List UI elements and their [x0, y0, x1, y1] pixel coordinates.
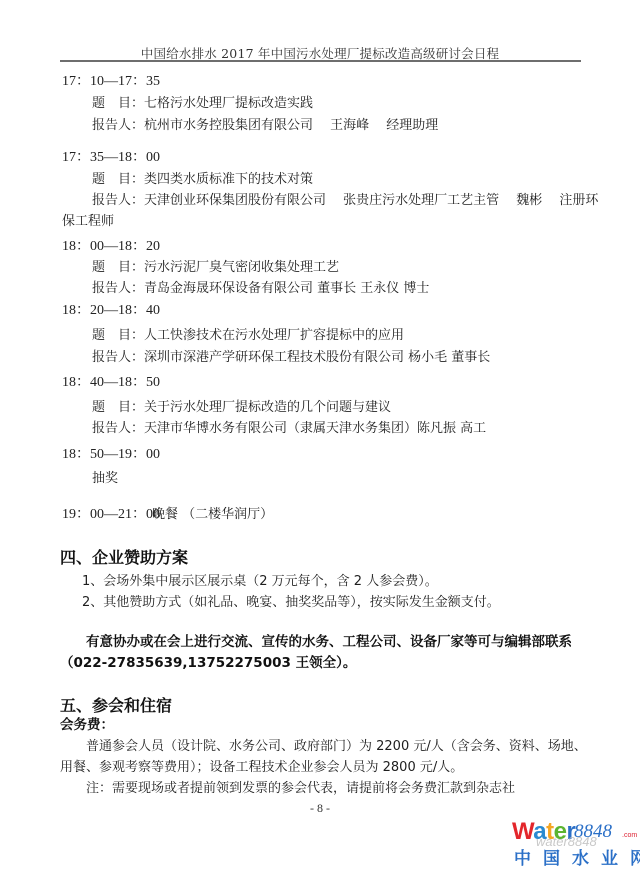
topic-label: 题 目： — [92, 328, 144, 343]
session-reporter-continued: 保工程师 — [62, 210, 114, 229]
sponsorship-item: 1、会场外集中展示区展示桌（2 万元每个，含 2 人参会费）。 — [82, 570, 438, 589]
section-heading-sponsorship: 四、企业赞助方案 — [60, 545, 188, 568]
session-time: 18：40—18：50 — [62, 371, 160, 391]
header-divider — [60, 60, 581, 62]
fee-description: 普通参会人员（设计院、水务公司、政府部门）为 2200 元/人（含会务、资料、场… — [86, 735, 587, 754]
session-reporter: 报告人：青岛金海晟环保设备有限公司 董事长 王永仪 博士 — [92, 277, 429, 296]
session-reporter: 报告人：天津创业环保集团股份有限公司 张贵庄污水处理厂工艺主管 魏彬 注册环 — [92, 189, 598, 208]
fee-note: 注：需要现场或者提前领到发票的参会代表，请提前将会务费汇款到杂志社 — [86, 777, 515, 796]
topic-label: 题 目： — [92, 400, 144, 415]
session-topic: 题 目：七格污水处理厂提标改造实践 — [92, 92, 313, 111]
fee-label: 会务费： — [60, 713, 114, 733]
session-time: 17：10—17：35 — [62, 70, 160, 90]
reporter-label: 报告人： — [92, 421, 144, 436]
session-topic: 题 目：类四类水质标准下的技术对策 — [92, 168, 313, 187]
session-time: 19：00—21：00 — [62, 503, 160, 523]
logo-domain: .com — [622, 832, 637, 839]
reporter-text: 深圳市深港产学研环保工程技术股份有限公司 杨小毛 董事长 — [144, 350, 490, 365]
session-time: 18：50—19：00 — [62, 443, 160, 463]
reporter-text: 天津市华博水务有限公司（隶属天津水务集团）陈凡振 高工 — [144, 421, 486, 436]
session-topic: 题 目：关于污水处理厂提标改造的几个问题与建议 — [92, 396, 391, 415]
reporter-label: 报告人： — [92, 281, 144, 296]
topic-label: 题 目： — [92, 260, 144, 275]
reporter-label: 报告人： — [92, 118, 144, 133]
session-reporter: 报告人：天津市华博水务有限公司（隶属天津水务集团）陈凡振 高工 — [92, 417, 486, 436]
topic-text: 类四类水质标准下的技术对策 — [144, 172, 313, 187]
session-topic: 题 目：人工快渗技术在污水处理厂扩容提标中的应用 — [92, 324, 404, 343]
topic-text: 关于污水处理厂提标改造的几个问题与建议 — [144, 400, 391, 415]
contact-paragraph: 有意协办或在会上进行交流、宣传的水务、工程公司、设备厂家等可与编辑部联系 — [86, 630, 572, 650]
fee-description-continued: 用餐、参观考察等费用）；设备工程技术企业参会人员为 2800 元/人。 — [60, 756, 463, 775]
topic-label: 题 目： — [92, 172, 144, 187]
session-reporter: 报告人：杭州市水务控股集团有限公司 王海峰 经理助理 — [92, 114, 438, 133]
reporter-text: 杭州市水务控股集团有限公司 王海峰 经理助理 — [144, 118, 438, 133]
sponsorship-item: 2、其他赞助方式（如礼品、晚宴、抽奖奖品等），按实际发生金额支付。 — [82, 591, 500, 610]
session-time: 18：00—18：20 — [62, 235, 160, 255]
logo-chinese-name: 中国水业网 — [514, 844, 640, 869]
reporter-text: 天津创业环保集团股份有限公司 张贵庄污水处理厂工艺主管 魏彬 注册环 — [144, 193, 598, 208]
topic-text: 七格污水处理厂提标改造实践 — [144, 96, 313, 111]
contact-phone-line: （022-27835639,13752275003 王领全）。 — [60, 651, 356, 671]
session-activity: 晚餐 （二楼华润厅） — [152, 503, 273, 522]
session-topic: 题 目：污水污泥厂臭气密闭收集处理工艺 — [92, 256, 339, 275]
reporter-label: 报告人： — [92, 193, 144, 208]
topic-label: 题 目： — [92, 96, 144, 111]
session-time: 18：20—18：40 — [62, 299, 160, 319]
reporter-label: 报告人： — [92, 350, 144, 365]
water8848-logo: Water 8848 .com water8848 中国水业网 — [512, 818, 638, 866]
topic-text: 污水污泥厂臭气密闭收集处理工艺 — [144, 260, 339, 275]
page-number: - 8 - — [0, 801, 640, 816]
reporter-text: 青岛金海晟环保设备有限公司 董事长 王永仪 博士 — [144, 281, 429, 296]
topic-text: 人工快渗技术在污水处理厂扩容提标中的应用 — [144, 328, 404, 343]
session-time: 17：35—18：00 — [62, 146, 160, 166]
session-activity: 抽奖 — [92, 467, 118, 486]
session-reporter: 报告人：深圳市深港产学研环保工程技术股份有限公司 杨小毛 董事长 — [92, 346, 490, 365]
